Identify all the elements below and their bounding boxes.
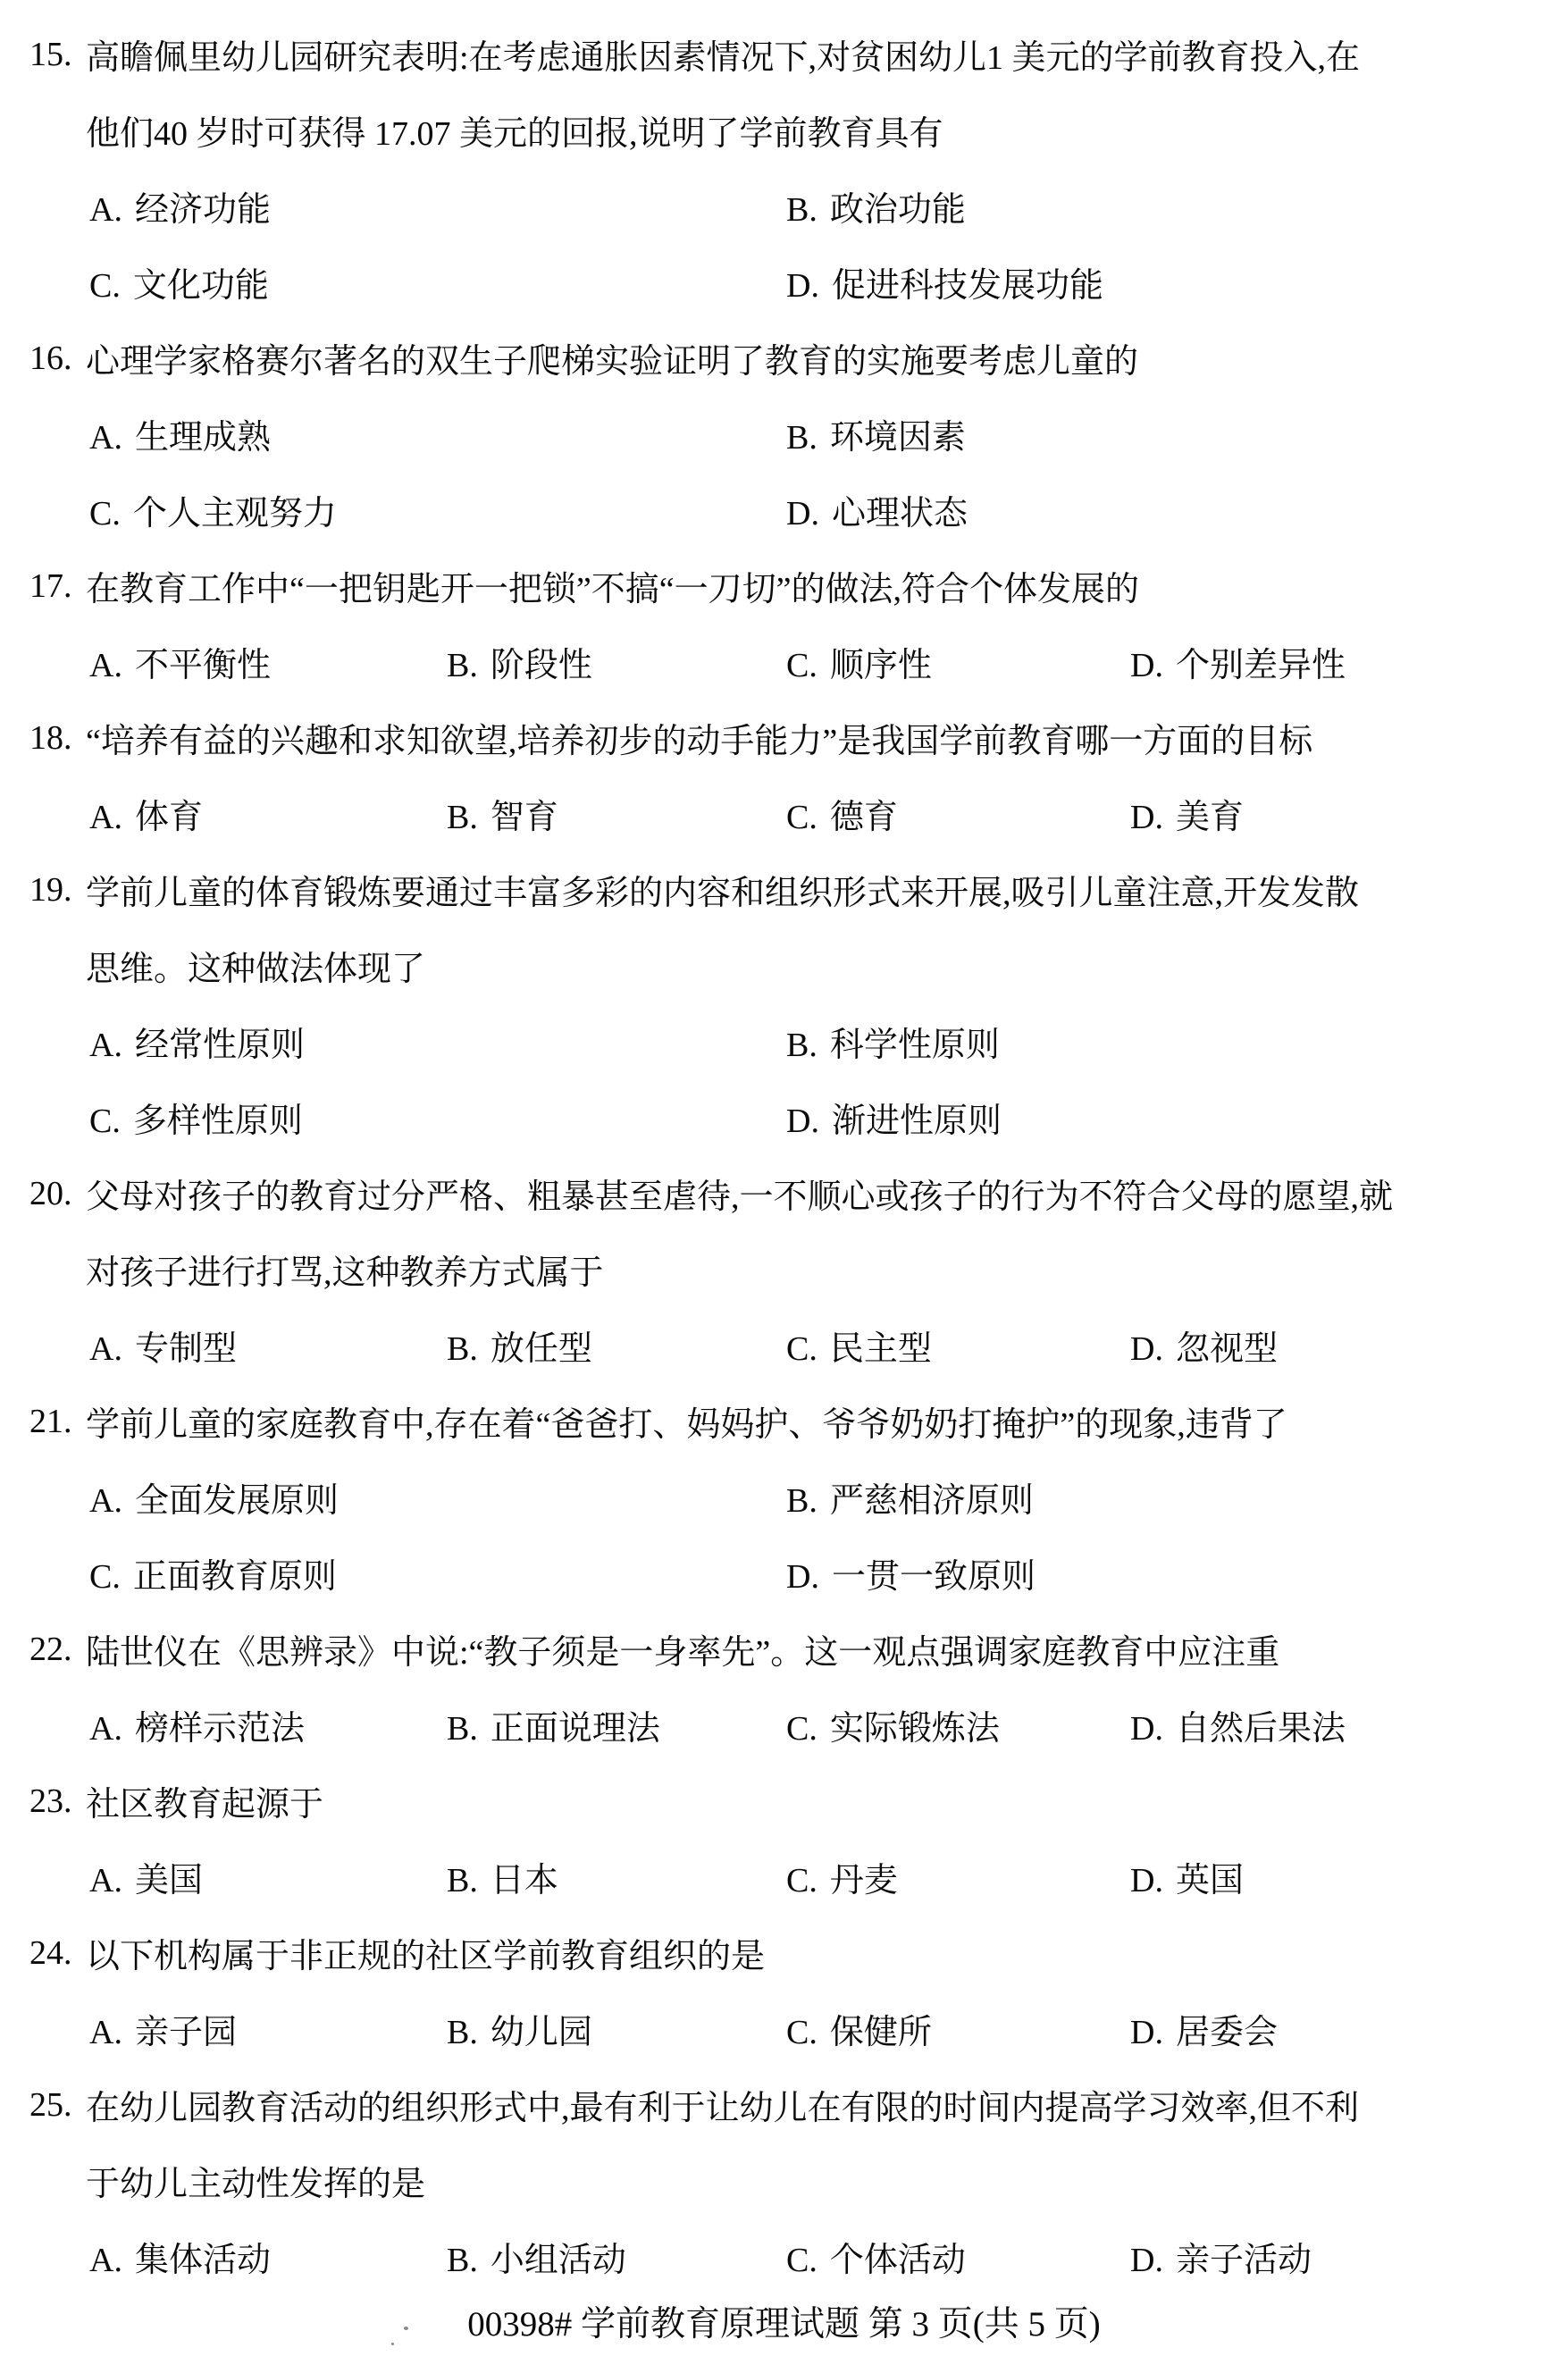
question-stem-line: 22. 陆世仪在《思辨录》中说:“教子须是一身率先”。这一观点强调家庭教育中应注… <box>0 1611 1568 1687</box>
question-stem-line: 19. 学前儿童的体育锻炼要通过丰富多彩的内容和组织形式来开展,吸引儿童注意,开… <box>0 851 1568 927</box>
option-label: A. <box>89 2014 122 2051</box>
stem-text: 于幼儿主动性发挥的是 <box>86 2156 425 2205</box>
option-text: 忽视型 <box>1176 1330 1278 1368</box>
option-label: D. <box>786 1103 819 1140</box>
option-text: 亲子活动 <box>1176 2242 1312 2279</box>
option-text: 心理状态 <box>832 495 968 532</box>
option-d: D.个别差异性 <box>1130 637 1568 686</box>
option-text: 一贯一致原则 <box>832 1558 1036 1596</box>
option-label: C. <box>786 1330 818 1368</box>
option-text: 全面发展原则 <box>135 1482 339 1520</box>
option-label: B. <box>447 2014 478 2051</box>
question-23: 23. 社区教育起源于 A.美国 B.日本 C.丹麦 D.英国 <box>0 1763 1568 1915</box>
option-c: C.个体活动 <box>786 2232 1130 2281</box>
option-label: D. <box>1130 1862 1163 1899</box>
options-row: A.榜样示范法 B.正面说理法 C.实际锻炼法 D.自然后果法 <box>0 1687 1568 1763</box>
question-number: 20. <box>29 1155 72 1231</box>
stem-text: “培养有益的兴趣和求知欲望,培养初步的动手能力”是我国学前教育哪一方面的目标 <box>86 713 1312 762</box>
option-text: 小组活动 <box>491 2242 626 2279</box>
option-b: B.阶段性 <box>447 637 786 686</box>
option-label: C. <box>89 1558 121 1596</box>
option-b: B.放任型 <box>447 1321 786 1370</box>
question-stem-line: 他们40 岁时可获得 17.07 美元的回报,说明了学前教育具有 <box>0 92 1568 168</box>
option-text: 个体活动 <box>830 2242 966 2279</box>
question-25: 25. 在幼儿园教育活动的组织形式中,最有利于让幼儿在有限的时间内提高学习效率,… <box>0 2067 1568 2294</box>
option-text: 榜样示范法 <box>135 1710 305 1748</box>
option-text: 幼儿园 <box>491 2014 592 2051</box>
stem-text: 在教育工作中“一把钥匙开一把锁”不搞“一刀切”的做法,符合个体发展的 <box>86 561 1139 610</box>
option-text: 放任型 <box>491 1330 592 1368</box>
question-24: 24. 以下机构属于非正规的社区学前教育组织的是 A.亲子园 B.幼儿园 C.保… <box>0 1915 1568 2067</box>
option-a: A.经济功能 <box>89 181 786 231</box>
question-stem-line: 23. 社区教育起源于 <box>0 1763 1568 1839</box>
option-label: D. <box>786 267 819 305</box>
question-number: 15. <box>29 16 72 92</box>
option-b: B.严慈相济原则 <box>786 1472 1568 1522</box>
options-row: A.专制型 B.放任型 C.民主型 D.忽视型 <box>0 1307 1568 1383</box>
option-text: 个人主观努力 <box>133 495 337 532</box>
question-stem-line: 于幼儿主动性发挥的是 <box>0 2142 1568 2218</box>
question-17: 17. 在教育工作中“一把钥匙开一把锁”不搞“一刀切”的做法,符合个体发展的 A… <box>0 548 1568 700</box>
option-text: 德育 <box>830 799 898 836</box>
option-b: B.智育 <box>447 789 786 838</box>
stem-text: 高瞻佩里幼儿园研究表明:在考虑通胀因素情况下,对贫困幼儿1 美元的学前教育投入,… <box>86 29 1360 79</box>
option-c: C.保健所 <box>786 2004 1130 2053</box>
scan-speck <box>391 2343 394 2345</box>
option-text: 专制型 <box>135 1330 237 1368</box>
question-stem-line: 15. 高瞻佩里幼儿园研究表明:在考虑通胀因素情况下,对贫困幼儿1 美元的学前教… <box>0 16 1568 92</box>
stem-text: 父母对孩子的教育过分严格、粗暴甚至虐待,一不顺心或孩子的行为不符合父母的愿望,就 <box>86 1169 1393 1218</box>
option-label: B. <box>786 419 818 457</box>
option-b: B.科学性原则 <box>786 1017 1568 1066</box>
option-text: 智育 <box>491 799 558 836</box>
question-stem-line: 对孩子进行打骂,这种教养方式属于 <box>0 1231 1568 1307</box>
option-text: 严慈相济原则 <box>830 1482 1034 1520</box>
option-b: B.政治功能 <box>786 181 1568 231</box>
question-stem-line: 思维。这种做法体现了 <box>0 927 1568 1003</box>
stem-text: 以下机构属于非正规的社区学前教育组织的是 <box>86 1928 765 1977</box>
options-row: C.正面教育原则 D.一贯一致原则 <box>0 1535 1568 1611</box>
question-number: 19. <box>29 851 72 927</box>
option-text: 保健所 <box>830 2014 932 2051</box>
options-row: A.全面发展原则 B.严慈相济原则 <box>0 1459 1568 1535</box>
option-label: C. <box>786 2242 818 2279</box>
option-d: D.美育 <box>1130 789 1568 838</box>
option-c: C.多样性原则 <box>89 1093 786 1142</box>
option-label: D. <box>786 1558 819 1596</box>
option-text: 实际锻炼法 <box>830 1710 1000 1748</box>
option-text: 多样性原则 <box>133 1103 303 1140</box>
option-d: D.忽视型 <box>1130 1321 1568 1370</box>
question-stem-line: 17. 在教育工作中“一把钥匙开一把锁”不搞“一刀切”的做法,符合个体发展的 <box>0 548 1568 624</box>
option-label: A. <box>89 1862 122 1899</box>
option-label: C. <box>89 267 121 305</box>
question-20: 20. 父母对孩子的教育过分严格、粗暴甚至虐待,一不顺心或孩子的行为不符合父母的… <box>0 1155 1568 1383</box>
option-b: B.幼儿园 <box>447 2004 786 2053</box>
option-text: 个别差异性 <box>1176 647 1346 684</box>
question-number: 17. <box>29 548 72 624</box>
option-d: D.居委会 <box>1130 2004 1568 2053</box>
option-label: A. <box>89 647 122 684</box>
option-label: B. <box>786 191 818 229</box>
option-text: 美国 <box>135 1862 203 1899</box>
option-label: D. <box>1130 1710 1163 1748</box>
option-text: 经济功能 <box>135 191 271 229</box>
option-text: 顺序性 <box>830 647 932 684</box>
option-text: 渐进性原则 <box>832 1103 1002 1140</box>
option-label: A. <box>89 191 122 229</box>
stem-text: 他们40 岁时可获得 17.07 美元的回报,说明了学前教育具有 <box>86 105 943 155</box>
option-label: C. <box>786 1710 818 1748</box>
option-text: 自然后果法 <box>1176 1710 1346 1748</box>
question-19: 19. 学前儿童的体育锻炼要通过丰富多彩的内容和组织形式来开展,吸引儿童注意,开… <box>0 851 1568 1155</box>
question-stem-line: 21. 学前儿童的家庭教育中,存在着“爸爸打、妈妈护、爷爷奶奶打掩护”的现象,违… <box>0 1383 1568 1459</box>
option-a: A.美国 <box>89 1852 447 1901</box>
options-row: A.生理成熟 B.环境因素 <box>0 396 1568 472</box>
option-d: D.心理状态 <box>786 485 1568 534</box>
option-text: 阶段性 <box>491 647 592 684</box>
option-c: C.德育 <box>786 789 1130 838</box>
option-text: 文化功能 <box>133 267 269 305</box>
option-text: 集体活动 <box>135 2242 271 2279</box>
options-row: A.亲子园 B.幼儿园 C.保健所 D.居委会 <box>0 1991 1568 2067</box>
option-label: D. <box>1130 1330 1163 1368</box>
option-a: A.不平衡性 <box>89 637 447 686</box>
option-label: B. <box>447 799 478 836</box>
question-number: 21. <box>29 1383 72 1459</box>
question-15: 15. 高瞻佩里幼儿园研究表明:在考虑通胀因素情况下,对贫困幼儿1 美元的学前教… <box>0 16 1568 320</box>
option-text: 不平衡性 <box>135 647 271 684</box>
stem-text: 学前儿童的体育锻炼要通过丰富多彩的内容和组织形式来开展,吸引儿童注意,开发发散 <box>86 865 1359 914</box>
option-label: C. <box>786 1862 818 1899</box>
stem-text: 对孩子进行打骂,这种教养方式属于 <box>86 1245 604 1294</box>
stem-text: 思维。这种做法体现了 <box>86 941 425 990</box>
question-stem-line: 24. 以下机构属于非正规的社区学前教育组织的是 <box>0 1915 1568 1991</box>
scan-speck <box>404 2327 408 2330</box>
option-text: 生理成熟 <box>135 419 271 457</box>
option-label: A. <box>89 799 122 836</box>
option-a: A.经常性原则 <box>89 1017 786 1066</box>
stem-text: 心理学家格赛尔著名的双生子爬梯实验证明了教育的实施要考虑儿童的 <box>86 333 1138 382</box>
options-row: C.文化功能 D.促进科技发展功能 <box>0 244 1568 320</box>
question-number: 25. <box>29 2067 72 2142</box>
option-label: A. <box>89 1330 122 1368</box>
option-label: D. <box>786 495 819 532</box>
option-label: D. <box>1130 647 1163 684</box>
options-row: A.美国 B.日本 C.丹麦 D.英国 <box>0 1839 1568 1915</box>
options-row: A.体育 B.智育 C.德育 D.美育 <box>0 776 1568 851</box>
option-a: A.集体活动 <box>89 2232 447 2281</box>
question-number: 16. <box>29 320 72 396</box>
option-c: C.顺序性 <box>786 637 1130 686</box>
question-18: 18. “培养有益的兴趣和求知欲望,培养初步的动手能力”是我国学前教育哪一方面的… <box>0 700 1568 851</box>
option-c: C.丹麦 <box>786 1852 1130 1901</box>
options-row: C.多样性原则 D.渐进性原则 <box>0 1079 1568 1155</box>
option-text: 促进科技发展功能 <box>832 267 1103 305</box>
option-label: B. <box>447 2242 478 2279</box>
question-stem-line: 18. “培养有益的兴趣和求知欲望,培养初步的动手能力”是我国学前教育哪一方面的… <box>0 700 1568 776</box>
options-row: A.集体活动 B.小组活动 C.个体活动 D.亲子活动 <box>0 2218 1568 2294</box>
exam-page: 15. 高瞻佩里幼儿园研究表明:在考虑通胀因素情况下,对贫困幼儿1 美元的学前教… <box>0 0 1568 2373</box>
option-d: D.渐进性原则 <box>786 1093 1568 1142</box>
option-c: C.个人主观努力 <box>89 485 786 534</box>
question-16: 16. 心理学家格赛尔著名的双生子爬梯实验证明了教育的实施要考虑儿童的 A.生理… <box>0 320 1568 548</box>
page-footer: 00398# 学前教育原理试题 第 3 页(共 5 页) <box>0 2296 1568 2346</box>
question-number: 23. <box>29 1763 72 1839</box>
options-row: A.经常性原则 B.科学性原则 <box>0 1003 1568 1079</box>
option-c: C.文化功能 <box>89 257 786 306</box>
option-label: B. <box>447 1330 478 1368</box>
question-stem-line: 20. 父母对孩子的教育过分严格、粗暴甚至虐待,一不顺心或孩子的行为不符合父母的… <box>0 1155 1568 1231</box>
question-stem-line: 16. 心理学家格赛尔著名的双生子爬梯实验证明了教育的实施要考虑儿童的 <box>0 320 1568 396</box>
option-text: 日本 <box>491 1862 558 1899</box>
option-text: 政治功能 <box>830 191 966 229</box>
option-label: B. <box>447 1710 478 1748</box>
option-a: A.专制型 <box>89 1321 447 1370</box>
option-text: 亲子园 <box>135 2014 237 2051</box>
stem-text: 社区教育起源于 <box>86 1776 323 1825</box>
option-label: B. <box>786 1027 818 1064</box>
option-a: A.亲子园 <box>89 2004 447 2053</box>
option-label: C. <box>786 799 818 836</box>
option-text: 正面说理法 <box>491 1710 660 1748</box>
option-label: A. <box>89 2242 122 2279</box>
option-label: C. <box>89 495 121 532</box>
option-label: A. <box>89 419 122 457</box>
option-text: 丹麦 <box>830 1862 898 1899</box>
option-label: C. <box>89 1103 121 1140</box>
option-c: C.正面教育原则 <box>89 1548 786 1597</box>
stem-text: 学前儿童的家庭教育中,存在着“爸爸打、妈妈护、爷爷奶奶打掩护”的现象,违背了 <box>86 1396 1287 1446</box>
option-text: 科学性原则 <box>830 1027 1000 1064</box>
option-d: D.一贯一致原则 <box>786 1548 1568 1597</box>
option-d: D.英国 <box>1130 1852 1568 1901</box>
option-d: D.亲子活动 <box>1130 2232 1568 2281</box>
option-c: C.民主型 <box>786 1321 1130 1370</box>
options-row: A.经济功能 B.政治功能 <box>0 168 1568 244</box>
question-number: 24. <box>29 1915 72 1991</box>
option-d: D.促进科技发展功能 <box>786 257 1568 306</box>
option-text: 居委会 <box>1176 2014 1278 2051</box>
option-label: D. <box>1130 2242 1163 2279</box>
option-text: 民主型 <box>830 1330 932 1368</box>
question-number: 22. <box>29 1611 72 1687</box>
option-d: D.自然后果法 <box>1130 1700 1568 1749</box>
option-b: B.日本 <box>447 1852 786 1901</box>
option-label: D. <box>1130 2014 1163 2051</box>
option-label: A. <box>89 1027 122 1064</box>
options-row: A.不平衡性 B.阶段性 C.顺序性 D.个别差异性 <box>0 624 1568 700</box>
option-label: A. <box>89 1482 122 1520</box>
option-b: B.环境因素 <box>786 409 1568 458</box>
option-text: 英国 <box>1176 1862 1244 1899</box>
option-label: A. <box>89 1710 122 1748</box>
option-text: 美育 <box>1176 799 1244 836</box>
option-label: C. <box>786 2014 818 2051</box>
option-text: 环境因素 <box>830 419 966 457</box>
exam-body: 15. 高瞻佩里幼儿园研究表明:在考虑通胀因素情况下,对贫困幼儿1 美元的学前教… <box>0 16 1568 2294</box>
options-row: C.个人主观努力 D.心理状态 <box>0 472 1568 548</box>
option-b: B.正面说理法 <box>447 1700 786 1749</box>
option-label: D. <box>1130 799 1163 836</box>
option-a: A.体育 <box>89 789 447 838</box>
question-number: 18. <box>29 700 72 776</box>
option-label: B. <box>447 1862 478 1899</box>
option-text: 经常性原则 <box>135 1027 305 1064</box>
option-text: 体育 <box>135 799 203 836</box>
option-text: 正面教育原则 <box>133 1558 337 1596</box>
option-b: B.小组活动 <box>447 2232 786 2281</box>
option-c: C.实际锻炼法 <box>786 1700 1130 1749</box>
stem-text: 陆世仪在《思辨录》中说:“教子须是一身率先”。这一观点强调家庭教育中应注重 <box>86 1624 1279 1673</box>
question-22: 22. 陆世仪在《思辨录》中说:“教子须是一身率先”。这一观点强调家庭教育中应注… <box>0 1611 1568 1763</box>
question-21: 21. 学前儿童的家庭教育中,存在着“爸爸打、妈妈护、爷爷奶奶打掩护”的现象,违… <box>0 1383 1568 1611</box>
option-label: B. <box>786 1482 818 1520</box>
option-a: A.全面发展原则 <box>89 1472 786 1522</box>
question-stem-line: 25. 在幼儿园教育活动的组织形式中,最有利于让幼儿在有限的时间内提高学习效率,… <box>0 2067 1568 2142</box>
option-label: C. <box>786 647 818 684</box>
stem-text: 在幼儿园教育活动的组织形式中,最有利于让幼儿在有限的时间内提高学习效率,但不利 <box>86 2080 1359 2129</box>
option-label: B. <box>447 647 478 684</box>
option-a: A.生理成熟 <box>89 409 786 458</box>
option-a: A.榜样示范法 <box>89 1700 447 1749</box>
